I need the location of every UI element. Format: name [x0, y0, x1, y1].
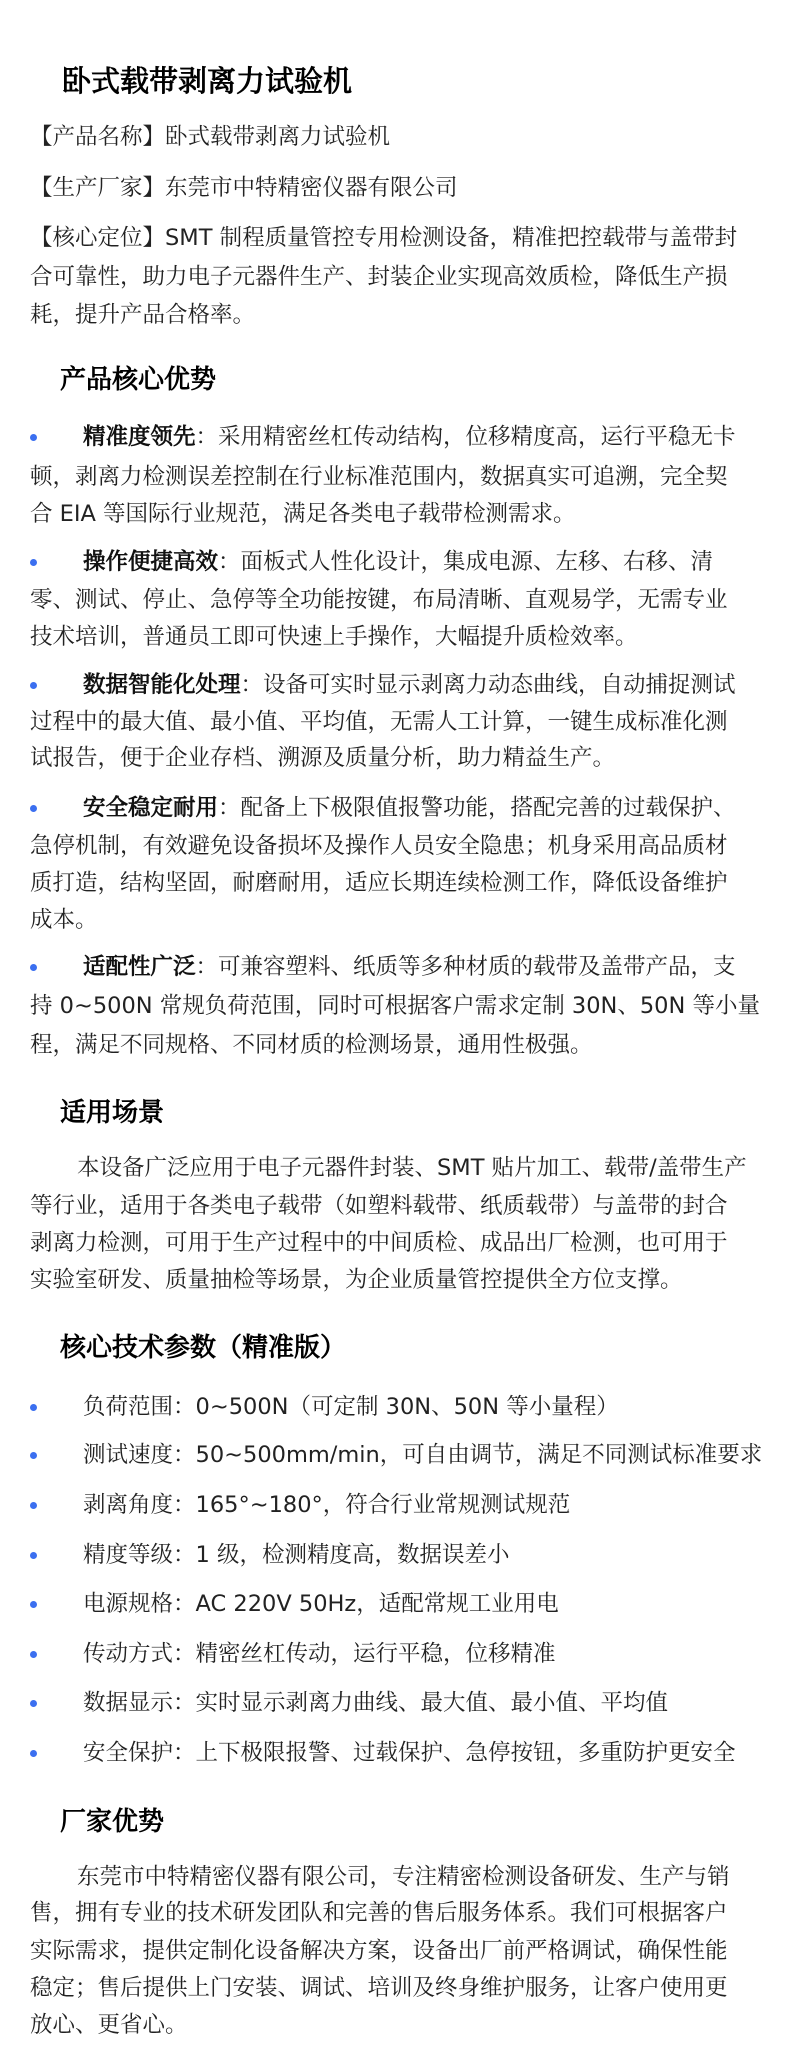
spec-item: 负荷范围：0~500N（可定制 30N、50N 等小量程） [83, 1392, 619, 1422]
separator: ： [196, 954, 219, 980]
spec-value: 1 级，检测精度高，数据误差小 [196, 1542, 510, 1568]
separator: ： [173, 1442, 196, 1468]
spec-value: 0~500N（可定制 30N、50N 等小量程） [196, 1394, 619, 1420]
separator: ： [173, 1740, 196, 1766]
scenarios-text-line: 等行业，适用于各类电子载带（如塑料载带、纸质载带）与盖带的封合 [30, 1191, 728, 1221]
spec-name: 安全保护 [83, 1740, 173, 1766]
advantage-text-line: 急停机制，有效避免设备损坏及操作人员安全隐患；机身采用高品质材 [30, 831, 728, 861]
intro-positioning-line: 耗，提升产品合格率。 [30, 300, 255, 330]
bullet-icon [30, 1750, 37, 1757]
bullet-icon [30, 1404, 37, 1411]
advantage-item: 操作便捷高效：面板式人性化设计，集成电源、左移、右移、清 [83, 547, 713, 577]
advantage-text: 设备可实时显示剥离力动态曲线，自动捕捉测试 [263, 672, 736, 698]
advantage-text-line: 试报告，便于企业存档、溯源及质量分析，助力精益生产。 [30, 743, 615, 773]
bullet-icon [30, 1552, 37, 1559]
advantage-text-line: 质打造，结构坚固，耐磨耐用，适应长期连续检测工作，降低设备维护 [30, 868, 728, 898]
bullet-icon [30, 1601, 37, 1608]
bullet-icon [30, 964, 37, 971]
product-page: 卧式载带剥离力试验机 【产品名称】卧式载带剥离力试验机 【生产厂家】东莞市中特精… [0, 0, 791, 2066]
spec-value: 精密丝杠传动，运行平稳，位移精准 [196, 1641, 556, 1667]
intro-positioning: 【核心定位】SMT 制程质量管控专用检测设备，精准把控载带与盖带封 [30, 223, 737, 253]
separator: ： [196, 424, 219, 450]
bullet-icon [30, 805, 37, 812]
spec-item: 测试速度：50~500mm/min，可自由调节，满足不同测试标准要求 [83, 1440, 762, 1470]
advantage-text: 采用精密丝杠传动结构，位移精度高，运行平稳无卡 [218, 424, 736, 450]
spec-name: 负荷范围 [83, 1394, 173, 1420]
intro-value: SMT 制程质量管控专用检测设备，精准把控载带与盖带封 [165, 225, 737, 251]
scenarios-text-line: 实验室研发、质量抽检等场景，为企业质量管控提供全方位支撑。 [30, 1265, 683, 1295]
advantage-text: 可兼容塑料、纸质等多种材质的载带及盖带产品，支 [218, 954, 736, 980]
separator: ： [241, 672, 264, 698]
spec-name: 电源规格 [83, 1591, 173, 1617]
spec-item: 数据显示：实时显示剥离力曲线、最大值、最小值、平均值 [83, 1688, 668, 1718]
spec-value: AC 220V 50Hz，适配常规工业用电 [196, 1591, 559, 1617]
section-heading-manufacturer: 厂家优势 [60, 1806, 164, 1838]
advantage-text-line: 持 0~500N 常规负荷范围，同时可根据客户需求定制 30N、50N 等小量 [30, 991, 760, 1021]
advantage-title: 精准度领先 [83, 424, 196, 450]
section-heading-specs: 核心技术参数（精准版） [60, 1332, 346, 1364]
advantage-text-line: 顿，剥离力检测误差控制在行业标准范围内，数据真实可追溯，完全契 [30, 462, 728, 492]
spec-value: 上下极限报警、过载保护、急停按钮，多重防护更安全 [196, 1740, 736, 1766]
intro-value: 卧式载带剥离力试验机 [165, 124, 390, 150]
bullet-icon [30, 1452, 37, 1459]
advantage-text-line: 技术培训，普通员工即可快速上手操作，大幅提升质检效率。 [30, 622, 638, 652]
intro-label: 【生产厂家】 [30, 175, 165, 201]
advantage-item: 精准度领先：采用精密丝杠传动结构，位移精度高，运行平稳无卡 [83, 422, 736, 452]
spec-item: 电源规格：AC 220V 50Hz，适配常规工业用电 [83, 1589, 559, 1619]
spec-value: 实时显示剥离力曲线、最大值、最小值、平均值 [196, 1690, 669, 1716]
intro-value: 东莞市中特精密仪器有限公司 [165, 175, 458, 201]
bullet-icon [30, 434, 37, 441]
advantage-item: 数据智能化处理：设备可实时显示剥离力动态曲线，自动捕捉测试 [83, 670, 736, 700]
spec-name: 精度等级 [83, 1542, 173, 1568]
advantage-text-line: 零、测试、停止、急停等全功能按键，布局清晰、直观易学，无需专业 [30, 585, 728, 615]
section-heading-scenarios: 适用场景 [60, 1097, 164, 1129]
bullet-icon [30, 1700, 37, 1707]
separator: ： [173, 1492, 196, 1518]
advantage-title: 操作便捷高效 [83, 549, 218, 575]
spec-item: 传动方式：精密丝杠传动，运行平稳，位移精准 [83, 1639, 556, 1669]
advantage-text: 配备上下极限值报警功能，搭配完善的过载保护、 [241, 795, 736, 821]
bullet-icon [30, 1651, 37, 1658]
bullet-icon [30, 559, 37, 566]
advantage-text-line: 程，满足不同规格、不同材质的检测场景，通用性极强。 [30, 1030, 593, 1060]
spec-name: 测试速度 [83, 1442, 173, 1468]
scenarios-text-line: 剥离力检测，可用于生产过程中的中间质检、成品出厂检测，也可用于 [30, 1228, 728, 1258]
spec-value: 165°~180°，符合行业常规测试规范 [196, 1492, 571, 1518]
separator: ： [173, 1591, 196, 1617]
advantage-title: 适配性广泛 [83, 954, 196, 980]
bullet-icon [30, 682, 37, 689]
advantage-item: 安全稳定耐用：配备上下极限值报警功能，搭配完善的过载保护、 [83, 793, 736, 823]
intro-product-name: 【产品名称】卧式载带剥离力试验机 [30, 122, 390, 152]
separator: ： [173, 1542, 196, 1568]
spec-name: 剥离角度 [83, 1492, 173, 1518]
spec-item: 安全保护：上下极限报警、过载保护、急停按钮，多重防护更安全 [83, 1738, 736, 1768]
separator: ： [173, 1690, 196, 1716]
spec-item: 精度等级：1 级，检测精度高，数据误差小 [83, 1540, 510, 1570]
intro-label: 【产品名称】 [30, 124, 165, 150]
advantage-text-line: 合 EIA 等国际行业规范，满足各类电子载带检测需求。 [30, 499, 576, 529]
separator: ： [218, 795, 241, 821]
advantage-title: 数据智能化处理 [83, 672, 241, 698]
separator: ： [218, 549, 241, 575]
manufacturer-text-line: 东莞市中特精密仪器有限公司，专注精密检测设备研发、生产与销 [77, 1862, 730, 1892]
intro-positioning-line: 合可靠性，助力电子元器件生产、封装企业实现高效质检，降低生产损 [30, 262, 728, 292]
section-heading-advantages: 产品核心优势 [60, 364, 216, 396]
advantage-text-line: 过程中的最大值、最小值、平均值，无需人工计算，一键生成标准化测 [30, 707, 728, 737]
manufacturer-text-line: 售，拥有专业的技术研发团队和完善的售后服务体系。我们可根据客户 [30, 1898, 728, 1928]
intro-label: 【核心定位】 [30, 225, 165, 251]
spec-name: 传动方式 [83, 1641, 173, 1667]
advantage-text-line: 成本。 [30, 905, 98, 935]
manufacturer-text-line: 放心、更省心。 [30, 2010, 188, 2040]
intro-manufacturer: 【生产厂家】东莞市中特精密仪器有限公司 [30, 173, 458, 203]
advantage-title: 安全稳定耐用 [83, 795, 218, 821]
manufacturer-text-line: 稳定；售后提供上门安装、调试、培训及终身维护服务，让客户使用更 [30, 1973, 728, 2003]
separator: ： [173, 1641, 196, 1667]
spec-value: 50~500mm/min，可自由调节，满足不同测试标准要求 [196, 1442, 763, 1468]
manufacturer-text-line: 实际需求，提供定制化设备解决方案，设备出厂前严格调试，确保性能 [30, 1936, 728, 1966]
scenarios-text-line: 本设备广泛应用于电子元器件封装、SMT 贴片加工、载带/盖带生产 [77, 1153, 747, 1183]
spec-item: 剥离角度：165°~180°，符合行业常规测试规范 [83, 1490, 570, 1520]
separator: ： [173, 1394, 196, 1420]
bullet-icon [30, 1502, 37, 1509]
spec-name: 数据显示 [83, 1690, 173, 1716]
advantage-item: 适配性广泛：可兼容塑料、纸质等多种材质的载带及盖带产品，支 [83, 952, 736, 982]
advantage-text: 面板式人性化设计，集成电源、左移、右移、清 [241, 549, 714, 575]
page-title: 卧式载带剥离力试验机 [62, 64, 352, 98]
